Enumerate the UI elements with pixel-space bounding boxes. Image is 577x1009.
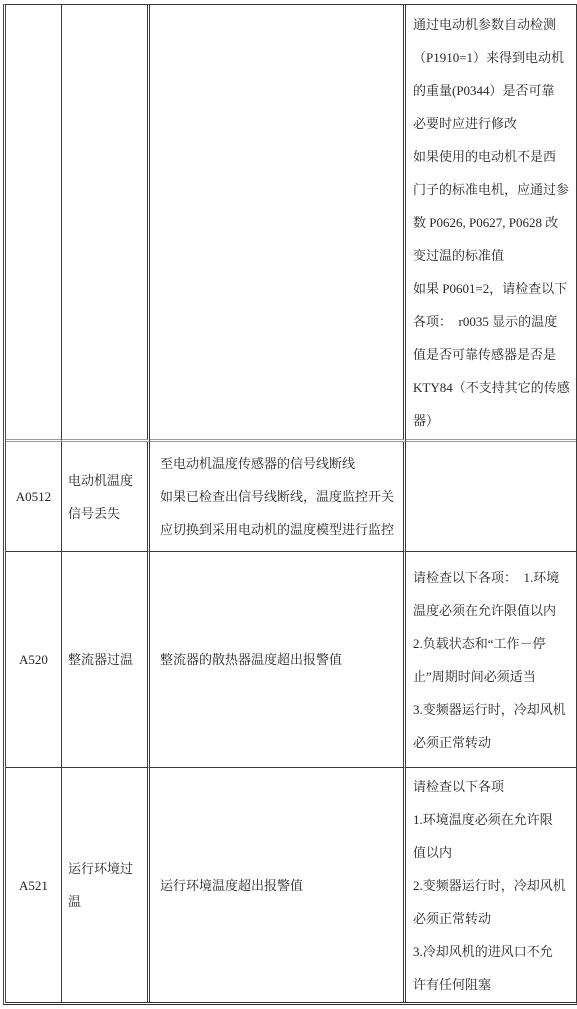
table-row: A0512 电动机温度 信号丢失 至电动机温度传感器的信号线断线 如果已检查出信… [6, 442, 576, 552]
fault-name-cell [62, 5, 150, 442]
fault-remedy-cell: 请检查以下各项： 1.环境 温度必须在允许限值以内 2.负载状态和“工作－停 止… [406, 552, 576, 768]
table-row: A521 运行环境过 温 运行环境温度超出报警值 请检查以下各项 1.环境温度必… [6, 768, 576, 1002]
table-row: A520 整流器过温 整流器的散热器温度超出报警值 请检查以下各项： 1.环境 … [6, 552, 576, 768]
fault-cause-cell: 整流器的散热器温度超出报警值 [150, 552, 406, 768]
fault-cause-cell [150, 5, 406, 442]
fault-cause-cell: 运行环境温度超出报警值 [150, 768, 406, 1002]
fault-remedy-cell: 请检查以下各项 1.环境温度必须在允许限 值以内 2.变频器运行时，冷却风机 必… [406, 768, 576, 1002]
fault-name-cell: 电动机温度 信号丢失 [62, 442, 150, 552]
fault-code-cell: A0512 [6, 442, 62, 552]
table-row: 通过电动机参数自动检测 （P1910=1）来得到电动机 的重量(P0344）是否… [6, 5, 576, 442]
document-page: 通过电动机参数自动检测 （P1910=1）来得到电动机 的重量(P0344）是否… [3, 4, 577, 1005]
fault-code-cell: A521 [6, 768, 62, 1002]
fault-code-cell: A520 [6, 552, 62, 768]
fault-code-cell [6, 5, 62, 442]
fault-cause-cell: 至电动机温度传感器的信号线断线 如果已检查出信号线断线，温度监控开关 应切换到采… [150, 442, 406, 552]
fault-table: 通过电动机参数自动检测 （P1910=1）来得到电动机 的重量(P0344）是否… [3, 4, 577, 1005]
fault-remedy-cell [406, 442, 576, 552]
fault-name-cell: 整流器过温 [62, 552, 150, 768]
fault-remedy-cell: 通过电动机参数自动检测 （P1910=1）来得到电动机 的重量(P0344）是否… [406, 5, 576, 442]
fault-name-cell: 运行环境过 温 [62, 768, 150, 1002]
